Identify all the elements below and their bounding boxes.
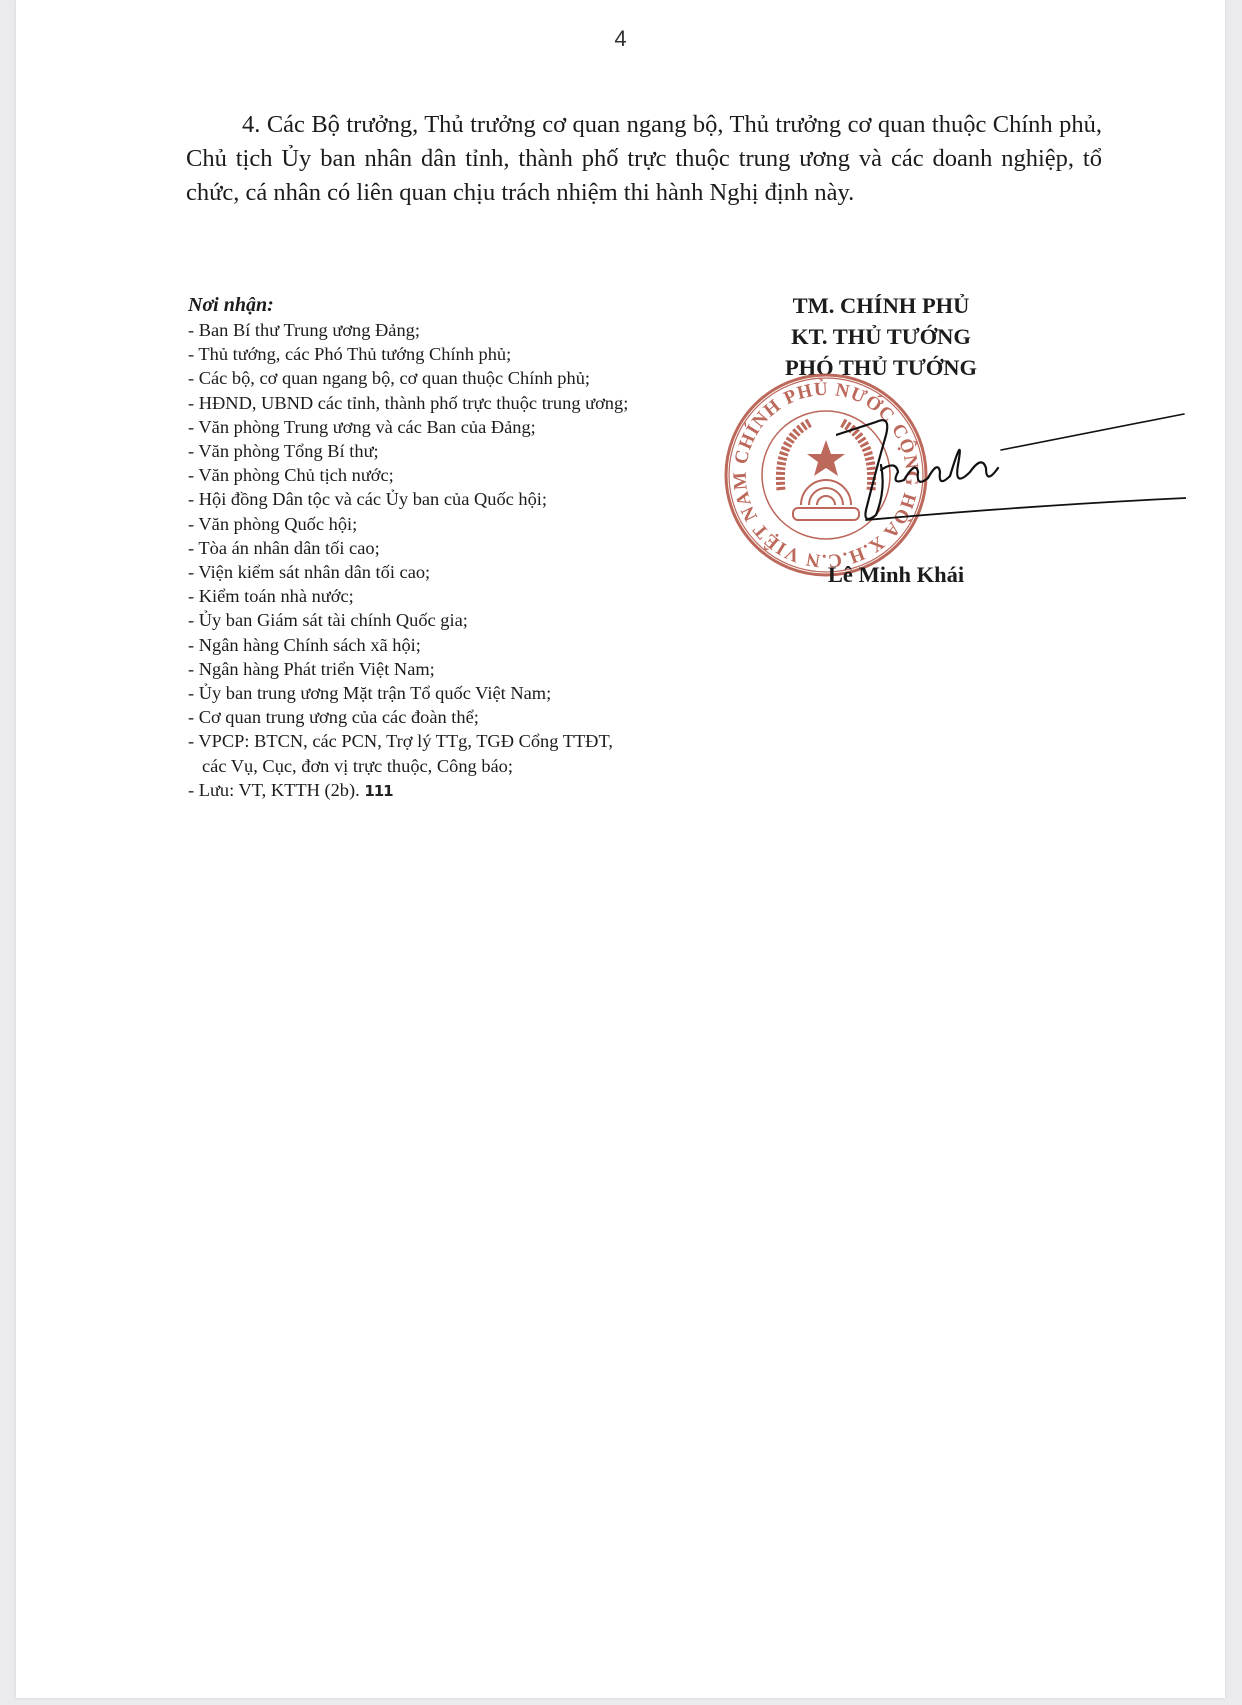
handwritten-copy-count: 111 [364, 782, 392, 800]
recipient-item-continuation: các Vụ, Cục, đơn vị trực thuộc, Công báo… [188, 754, 708, 778]
recipient-item: - Ngân hàng Chính sách xã hội; [188, 633, 708, 657]
recipient-item: - VPCP: BTCN, các PCN, Trợ lý TTg, TGĐ C… [188, 729, 708, 753]
handwritten-signature [836, 410, 1186, 540]
recipient-item: - Các bộ, cơ quan ngang bộ, cơ quan thuộ… [188, 366, 708, 390]
recipient-item: - Tòa án nhân dân tối cao; [188, 536, 708, 560]
recipient-item: - Thủ tướng, các Phó Thủ tướng Chính phủ… [188, 342, 708, 366]
document-page: 4 4. Các Bộ trưởng, Thủ trưởng cơ quan n… [16, 0, 1225, 1698]
recipients-title: Nơi nhận: [188, 292, 708, 318]
recipients-list: Nơi nhận: - Ban Bí thư Trung ương Đảng;-… [188, 292, 708, 803]
signer-name: Lê Minh Khái [786, 562, 1006, 588]
sign-line-1: TM. CHÍNH PHỦ [716, 290, 1046, 321]
recipient-item: - HĐND, UBND các tỉnh, thành phố trực th… [188, 391, 708, 415]
recipient-item: - Văn phòng Chủ tịch nước; [188, 463, 708, 487]
recipient-item: - Ban Bí thư Trung ương Đảng; [188, 318, 708, 342]
recipient-item: - Văn phòng Quốc hội; [188, 512, 708, 536]
recipient-item: - Kiểm toán nhà nước; [188, 584, 708, 608]
recipient-item: - Ủy ban Giám sát tài chính Quốc gia; [188, 608, 708, 632]
recipient-item: - Ủy ban trung ương Mặt trận Tổ quốc Việ… [188, 681, 708, 705]
recipient-items: - Ban Bí thư Trung ương Đảng;- Thủ tướng… [188, 318, 708, 803]
recipient-item: - Viện kiểm sát nhân dân tối cao; [188, 560, 708, 584]
archive-label: - Lưu: VT, KTTH (2b). [188, 780, 360, 800]
recipient-item: - Ngân hàng Phát triển Việt Nam; [188, 657, 708, 681]
recipient-item: - Hội đồng Dân tộc và các Ủy ban của Quố… [188, 487, 708, 511]
article-paragraph: 4. Các Bộ trưởng, Thủ trưởng cơ quan nga… [186, 108, 1102, 210]
sign-line-2: KT. THỦ TƯỚNG [716, 321, 1046, 352]
recipient-item-archive: - Lưu: VT, KTTH (2b). 111 [188, 778, 708, 803]
page-number: 4 [16, 26, 1225, 52]
recipient-item: - Văn phòng Trung ương và các Ban của Đả… [188, 415, 708, 439]
recipient-item: - Cơ quan trung ương của các đoàn thể; [188, 705, 708, 729]
recipient-item: - Văn phòng Tổng Bí thư; [188, 439, 708, 463]
